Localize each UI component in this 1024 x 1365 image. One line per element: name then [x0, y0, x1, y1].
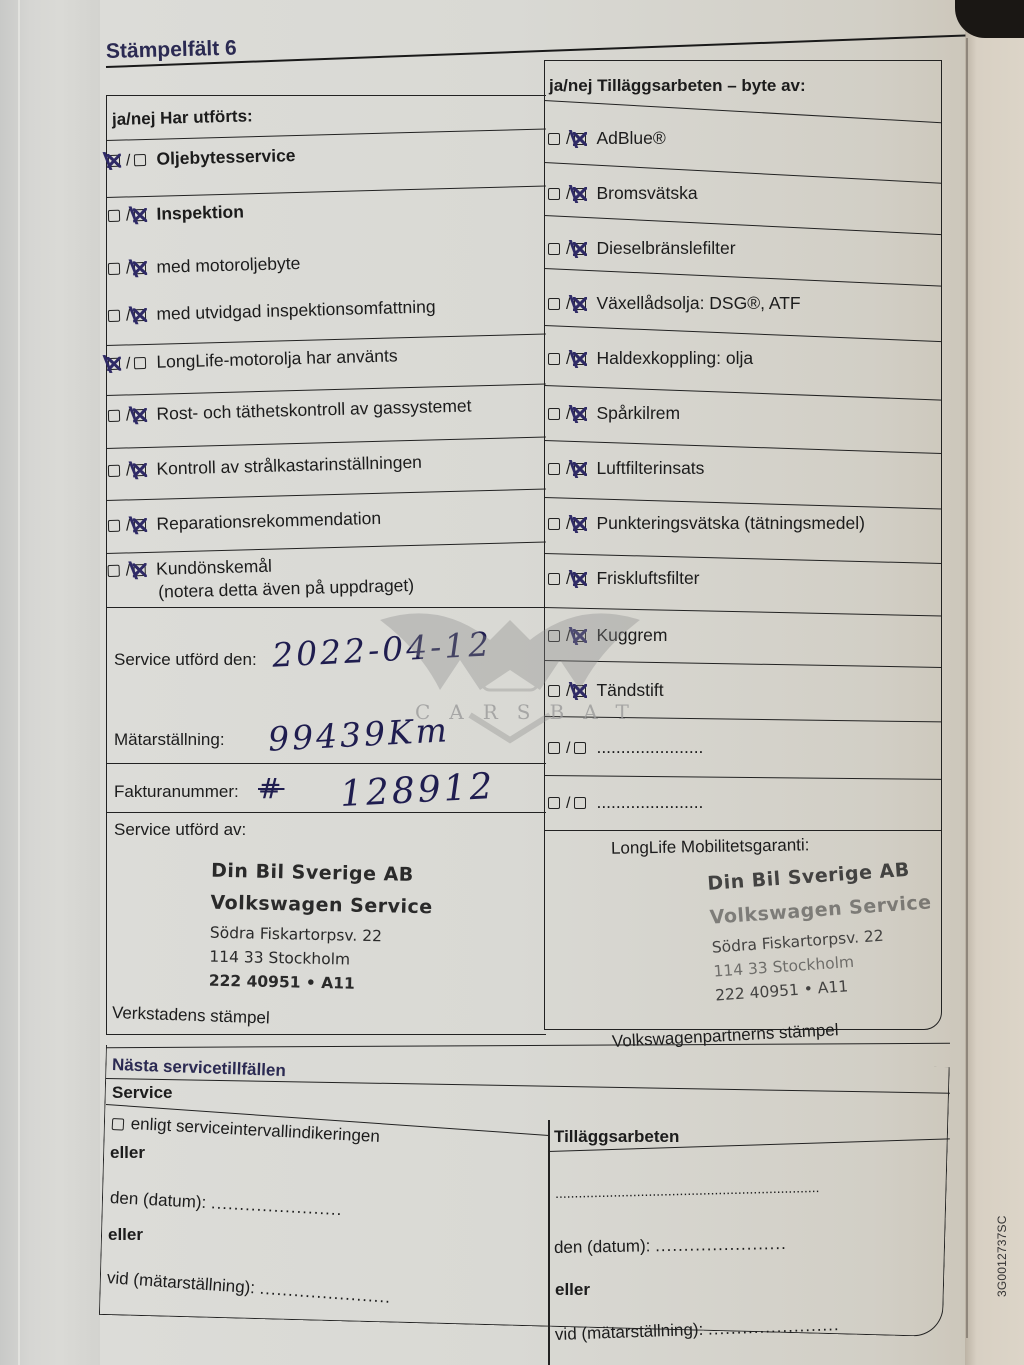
extra-work-item: /Växellådsolja: DSG®, ATF	[548, 293, 801, 314]
nej-checkbox[interactable]	[574, 353, 586, 365]
extra-work-item: /Bromsvätska	[548, 183, 698, 204]
document-title: Stämpelfält 6	[106, 37, 237, 64]
nej-checkbox[interactable]	[134, 209, 146, 221]
nej-checkbox[interactable]	[134, 409, 146, 421]
nej-checkbox[interactable]	[134, 564, 146, 576]
ja-checkbox[interactable]	[548, 742, 560, 754]
item-label: Friskluftsfilter	[596, 568, 699, 588]
extra-work-item: /......................	[548, 737, 703, 758]
extra-odo-dots[interactable]: .......................	[708, 1315, 840, 1339]
ja-checkbox[interactable]	[108, 210, 120, 222]
item-label: Tändstift	[596, 680, 663, 700]
ja-checkbox[interactable]	[548, 797, 560, 809]
item-label: Inspektion	[156, 201, 244, 223]
item-label: Oljebytesservice	[156, 145, 296, 169]
extra-or-label: eller	[555, 1280, 590, 1300]
ja-checkbox[interactable]	[548, 243, 560, 255]
nej-checkbox[interactable]	[574, 243, 586, 255]
ja-checkbox[interactable]	[108, 465, 120, 477]
extra-work-item: /......................	[548, 792, 703, 813]
invoice-value[interactable]: 128912	[339, 766, 496, 815]
ja-checkbox[interactable]	[108, 155, 120, 167]
ja-checkbox[interactable]	[548, 353, 560, 365]
divider	[106, 763, 546, 764]
ja-checkbox[interactable]	[108, 410, 120, 422]
nej-checkbox[interactable]	[134, 262, 146, 274]
extra-work-header: Tilläggsarbeten	[554, 1127, 679, 1147]
nej-checkbox[interactable]	[574, 797, 586, 809]
ja-checkbox[interactable]	[548, 133, 560, 145]
item-label: Bromsvätska	[596, 183, 697, 203]
item-label: Dieselbränslefilter	[596, 238, 735, 258]
extra-work-item: /Friskluftsfilter	[548, 568, 700, 589]
nej-checkbox[interactable]	[574, 742, 586, 754]
item-label: med motoroljebyte	[156, 253, 300, 277]
ja-checkbox[interactable]	[108, 310, 120, 322]
extra-date-dots[interactable]: .......................	[655, 1234, 787, 1255]
item-label: ......................	[596, 792, 703, 812]
separator: /	[566, 795, 570, 812]
page-fold	[18, 0, 20, 1365]
nej-checkbox[interactable]	[134, 154, 146, 166]
right-header: ja/nej Tilläggsarbeten – byte av:	[549, 76, 806, 96]
watermark-text: CARSBAT	[415, 700, 648, 724]
nej-checkbox[interactable]	[134, 519, 146, 531]
stamp-brand: Volkswagen Service	[709, 891, 932, 928]
nej-checkbox[interactable]	[134, 464, 146, 476]
nej-checkbox[interactable]	[574, 408, 586, 420]
item-label: Växellådsolja: DSG®, ATF	[596, 293, 800, 313]
ja-checkbox[interactable]	[548, 685, 560, 697]
extra-work-item: /Punkteringsvätska (tätningsmedel)	[548, 513, 865, 534]
nej-checkbox[interactable]	[574, 518, 586, 530]
or-label-2: eller	[108, 1225, 143, 1245]
extra-work-vertical-divider	[548, 1120, 550, 1365]
left-header: ja/nej Har utförts:	[112, 106, 253, 130]
item-label: Kuggrem	[596, 625, 667, 645]
ja-checkbox[interactable]	[548, 298, 560, 310]
guarantee-label: LongLife Mobilitetsgaranti:	[611, 835, 810, 858]
item-label: Spårkilrem	[596, 403, 680, 423]
interval-checkbox[interactable]	[112, 1118, 125, 1131]
nej-checkbox[interactable]	[134, 309, 146, 321]
nej-checkbox[interactable]	[134, 357, 146, 369]
or-label-1: eller	[110, 1143, 145, 1163]
ja-checkbox[interactable]	[548, 188, 560, 200]
service-date-label: Service utförd den:	[114, 650, 257, 670]
extra-work-item: /Luftfilterinsats	[548, 458, 704, 479]
checklist-item: /Kundönskemål(notera detta även på uppdr…	[107, 552, 414, 604]
ja-checkbox[interactable]	[548, 408, 560, 420]
workshop-stamp: Din Bil Sverige AB Volkswagen Service Sö…	[209, 860, 434, 995]
nej-checkbox[interactable]	[574, 573, 586, 585]
separator: /	[126, 355, 131, 372]
nej-checkbox[interactable]	[574, 630, 586, 642]
item-label: Luftfilterinsats	[596, 458, 704, 478]
ja-checkbox[interactable]	[108, 520, 120, 532]
ja-checkbox[interactable]	[548, 463, 560, 475]
stamp-street: Södra Fiskartorpsv. 22	[210, 924, 433, 947]
stamp-company: Din Bil Sverige AB	[211, 860, 434, 887]
extra-work-item: /Haldexkoppling: olja	[548, 348, 753, 369]
nej-checkbox[interactable]	[574, 298, 586, 310]
extra-work-item: /AdBlue®	[548, 128, 666, 149]
nej-checkbox[interactable]	[574, 188, 586, 200]
separator: /	[126, 152, 131, 169]
ja-checkbox[interactable]	[108, 263, 120, 275]
extra-work-item: /Spårkilrem	[548, 403, 680, 424]
separator: /	[566, 740, 570, 757]
ja-checkbox[interactable]	[108, 358, 120, 370]
partner-stamp: Din Bil Sverige AB Volkswagen Service Sö…	[707, 857, 938, 1004]
next-date-label: den (datum):	[110, 1188, 207, 1212]
ja-checkbox[interactable]	[108, 565, 120, 577]
checklist-item: /Inspektion	[108, 201, 244, 226]
ja-checkbox[interactable]	[548, 573, 560, 585]
extra-work-item: /Tändstift	[548, 680, 664, 701]
nej-checkbox[interactable]	[574, 133, 586, 145]
nej-checkbox[interactable]	[574, 685, 586, 697]
service-subheader: Service	[112, 1083, 173, 1103]
divider	[106, 607, 546, 608]
item-label: Kundönskemål	[156, 556, 272, 579]
page-binding-line	[966, 38, 968, 1338]
page-edge	[0, 0, 100, 1365]
extra-date-field[interactable]: den (datum): .......................	[554, 1234, 787, 1258]
divider	[544, 830, 942, 831]
item-label: Punkteringsvätska (tätningsmedel)	[596, 513, 864, 533]
odometer-label: Mätarställning:	[114, 730, 225, 750]
item-label: AdBlue®	[596, 128, 665, 148]
extra-date-label: den (datum):	[554, 1236, 651, 1257]
divider	[106, 812, 546, 813]
ja-checkbox[interactable]	[548, 518, 560, 530]
crossed-out-mark: #	[258, 772, 284, 805]
ja-checkbox[interactable]	[548, 630, 560, 642]
nej-checkbox[interactable]	[574, 463, 586, 475]
adjacent-page	[965, 0, 1024, 1365]
form-code: 3G0012737SC	[995, 1215, 1009, 1297]
performed-by-label: Service utförd av:	[114, 820, 246, 840]
extra-odo-label: vid (mätarställning):	[555, 1320, 704, 1344]
item-label: Haldexkoppling: olja	[596, 348, 753, 368]
stamp-brand: Volkswagen Service	[210, 892, 433, 919]
stamp-city: 114 33 Stockholm	[209, 948, 432, 971]
item-label: ......................	[596, 737, 703, 757]
extra-work-item: /Kuggrem	[548, 625, 667, 646]
invoice-label: Fakturanummer:	[114, 782, 239, 802]
extra-work-item: /Dieselbränslefilter	[548, 238, 736, 259]
